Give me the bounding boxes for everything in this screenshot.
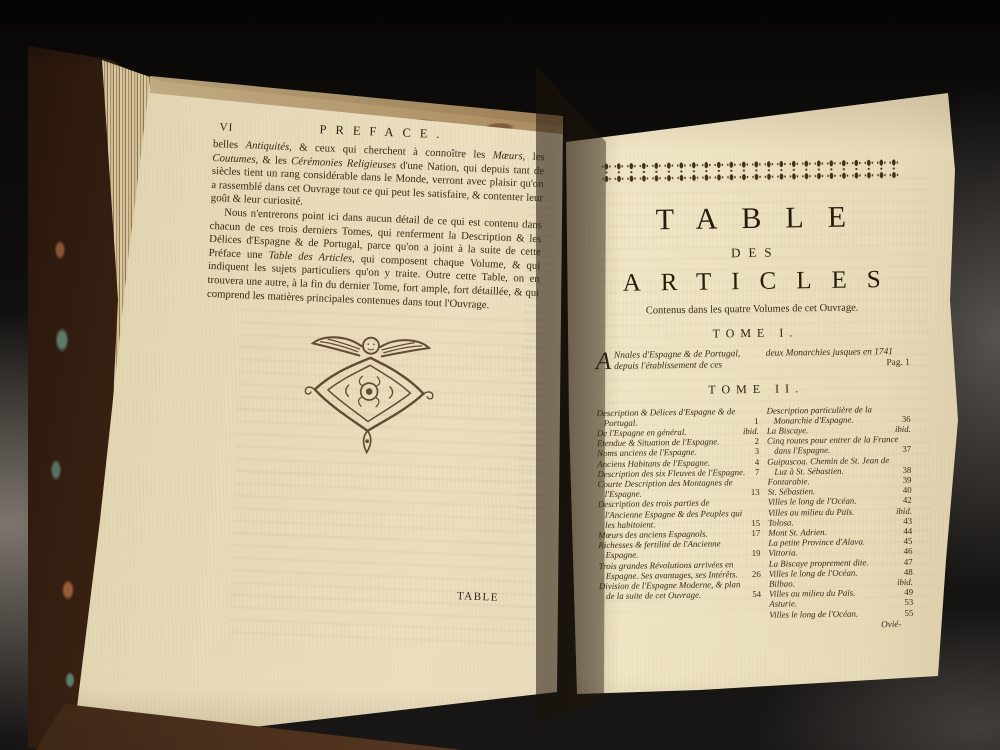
toc-right-column: Description particulière de la Monarchie… — [766, 403, 913, 619]
text-segment: , qui composent chaque Volume, & qui ind… — [207, 252, 541, 310]
toc-entry-page: 47 — [904, 556, 913, 566]
tome-1-entry-right: deux Monarchies jusques en 1741 Pag. 1 — [766, 347, 910, 371]
toc-entry-page: 17 — [751, 528, 760, 538]
toc-entry-page: 46 — [904, 546, 913, 556]
fleuron-headpiece-band — [600, 156, 900, 186]
toc-entry-label: Description des trois parties de l'Ancie… — [598, 497, 749, 530]
toc-entry-label: Cinq routes pour entrer de la France dan… — [767, 434, 899, 456]
table-title-des: DES — [594, 243, 908, 263]
text-segment: , & les — [255, 153, 291, 166]
toc-entry-label: Description particulière de la Monarchie… — [766, 404, 898, 426]
toc-entry-page: 2 — [754, 436, 759, 446]
toc-entry-page: 7 — [755, 467, 760, 477]
table-title: TABLE — [594, 200, 908, 238]
toc-entry: Guipuscoa. Chemin de St. Jean de Luz à S… — [767, 454, 911, 476]
toc-entry-label: Guipuscoa. Chemin de St. Jean de Luz à S… — [767, 455, 899, 477]
toc-entry-page: 4 — [755, 457, 760, 467]
dropcap-A: A — [596, 352, 612, 371]
tome-1-entry-page: Pag. 1 — [766, 358, 910, 371]
toc-entry-page: 15 — [751, 518, 760, 528]
catchword-left: TABLE — [457, 590, 500, 604]
tome-1-heading: TOME I. — [595, 324, 909, 343]
toc-entry: Division de l'Espagne Moderne, & plan de… — [599, 579, 761, 602]
toc-entry: Courte Description des Montagnes de l'Es… — [597, 477, 759, 500]
toc-entry-page: 53 — [904, 597, 913, 607]
toc-entry-page: 1 — [754, 416, 759, 426]
text-segment: belles — [213, 138, 246, 151]
toc-entry-page: 39 — [903, 475, 912, 485]
toc-entry-label: Villes le long de l'Océan. — [769, 608, 901, 620]
toc-entry: Cinq routes pour entrer de la France dan… — [767, 434, 911, 456]
tailpiece-wrap — [201, 325, 538, 467]
toc-entry-label: Division de l'Espagne Moderne, & plan de… — [599, 579, 749, 602]
toc-columns: Description & Délices d'Espagne & de Por… — [596, 403, 913, 622]
table-des-articles-block: TABLE DES ARTICLES Contenus dans les qua… — [593, 156, 913, 620]
toc-entry: Description particulière de la Monarchie… — [766, 403, 910, 425]
toc-entry-page: 43 — [903, 516, 912, 526]
toc-entry-page: ibid. — [895, 424, 911, 434]
preface-text-block: VI PREFACE. belles Antiquités, & ceux qu… — [194, 118, 546, 631]
preface-body: belles Antiquités, & ceux qui cherchent … — [207, 138, 545, 314]
tome-2-heading: TOME II. — [596, 379, 910, 398]
toc-left-column: Description & Délices d'Espagne & de Por… — [596, 405, 761, 622]
toc-entry-page: 40 — [903, 485, 912, 495]
toc-entry-page: 42 — [903, 495, 912, 505]
toc-entry-page: ibid. — [896, 505, 912, 515]
cherub-tailpiece-ornament — [292, 329, 447, 459]
toc-entry-label: Description & Délices d'Espagne & de Por… — [596, 406, 751, 429]
text-segment: Coutumes — [212, 152, 256, 166]
toc-entry-page: 49 — [904, 587, 913, 597]
text-segment: Antiquités — [245, 139, 289, 153]
folio-number: VI — [219, 121, 233, 134]
tome-1-entry-left-text: Nnales d'Espagne & de Portugal, depuis l… — [614, 349, 740, 372]
tome-1-entry: ANnales d'Espagne & de Portugal, depuis … — [596, 347, 910, 373]
toc-entry-page: 48 — [904, 567, 913, 577]
toc-entry: Trois grandes Révolutions arrivées en Es… — [599, 559, 761, 582]
toc-entry-page: 44 — [903, 526, 912, 536]
table-subtitle: Contenus dans les quatre Volumes de cet … — [595, 302, 909, 317]
toc-entry-page: 45 — [903, 536, 912, 546]
toc-entry-page: 55 — [904, 607, 913, 617]
toc-entry-page: 3 — [755, 446, 760, 456]
text-segment: Table des Articles — [268, 249, 352, 264]
toc-entry-page: 54 — [752, 589, 761, 599]
tome-1-entry-left: ANnales d'Espagne & de Portugal, depuis … — [596, 349, 758, 373]
toc-entry-page: 37 — [902, 444, 911, 454]
toc-entry-page: 38 — [903, 465, 912, 475]
toc-entry-label: Courte Description des Montagnes de l'Es… — [597, 477, 747, 500]
toc-entry-page: ibid. — [743, 426, 759, 436]
preface-paragraph-2: Nous n'entrerons point ici dans aucun dé… — [207, 206, 543, 314]
toc-entry-page: 19 — [752, 548, 761, 558]
toc-entry: Description & Délices d'Espagne & de Por… — [596, 405, 758, 428]
text-segment: , les — [522, 150, 545, 163]
toc-entry-label: Richesses & fertilité de l'Ancienne Espa… — [598, 538, 748, 561]
toc-entry: Richesses & fertilité de l'Ancienne Espa… — [598, 538, 760, 561]
toc-entry-page: 26 — [752, 569, 761, 579]
book-photo: VI PREFACE. belles Antiquités, & ceux qu… — [0, 0, 1000, 750]
table-title-articles: ARTICLES — [595, 266, 909, 298]
toc-entry: Description des trois parties de l'Ancie… — [598, 497, 760, 530]
toc-entry-label: Trois grandes Révolutions arrivées en Es… — [599, 559, 749, 582]
toc-entry: Villes le long de l'Océan.55 — [769, 607, 913, 619]
toc-entry-page: ibid. — [897, 577, 913, 587]
text-segment: Mœurs — [492, 149, 522, 162]
toc-entry-page: 36 — [902, 414, 911, 424]
toc-entry-page: 13 — [751, 487, 760, 497]
